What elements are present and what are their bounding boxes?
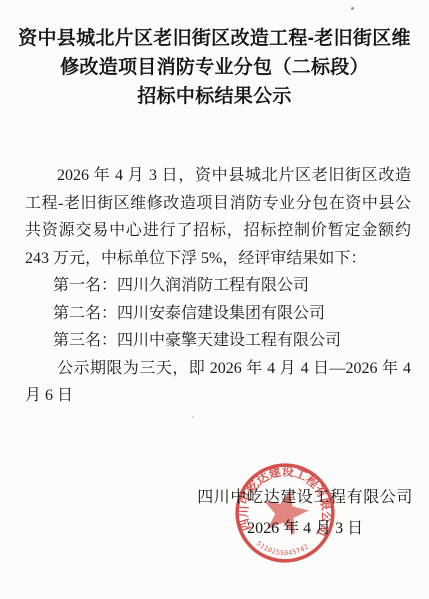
scan-speck bbox=[192, 416, 194, 418]
seal-number: 5110255045742 bbox=[254, 539, 310, 559]
document-page: 资中县城北片区老旧街区改造工程-老旧街区维 修改造项目消防专业分包（二标段） 招… bbox=[0, 0, 429, 599]
intro-paragraph: 2026 年 4 月 3 日，资中县城北片区老旧街区改造工程-老旧街区维修改造项… bbox=[25, 162, 411, 272]
signature-company: 四川中屹达建设工程有限公司 bbox=[197, 488, 413, 508]
document-body: 2026 年 4 月 3 日，资中县城北片区老旧街区改造工程-老旧街区维修改造项… bbox=[25, 162, 411, 410]
ranking-line-2: 第二名：四川安泰信建设集团有限公司 bbox=[25, 300, 411, 328]
signature-block: 四川中屹达建设工程有限公司 2026 年 4 月 3 日 bbox=[197, 488, 413, 539]
document-title-line-1: 资中县城北片区老旧街区改造工程-老旧街区维 bbox=[6, 24, 423, 53]
document-title: 资中县城北片区老旧街区改造工程-老旧街区维 修改造项目消防专业分包（二标段） 招… bbox=[6, 24, 423, 111]
ranking-line-1: 第一名：四川久润消防工程有限公司 bbox=[25, 272, 411, 300]
document-title-line-2: 修改造项目消防专业分包（二标段） bbox=[6, 53, 423, 82]
svg-text:5110255045742: 5110255045742 bbox=[254, 539, 310, 559]
ranking-line-3: 第三名：四川中豪擎天建设工程有限公司 bbox=[25, 327, 411, 355]
notice-period-paragraph: 公示期限为三天，即 2026 年 4 月 4 日—2026 年 4 月 6 日 bbox=[25, 355, 411, 410]
document-title-line-3: 招标中标结果公示 bbox=[6, 82, 423, 111]
signature-date: 2026 年 4 月 3 日 bbox=[197, 519, 413, 539]
scan-speck bbox=[351, 7, 354, 10]
